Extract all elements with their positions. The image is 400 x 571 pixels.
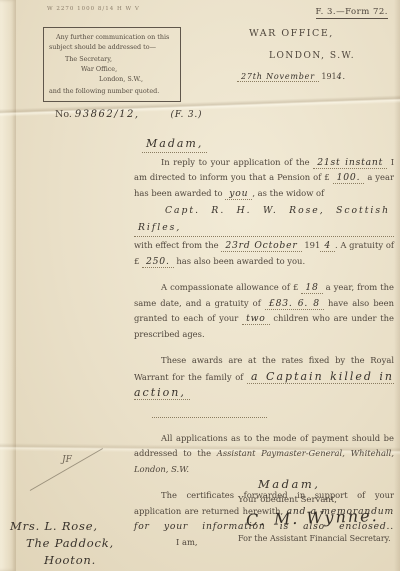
notice-box: Any further communication on this subjec… <box>43 27 181 102</box>
handwritten-fill: two <box>242 313 270 325</box>
closing-block: Madam, Your obedient Servant, C. M. Wynn… <box>238 477 394 543</box>
page-left-edge <box>0 0 16 571</box>
form-reference: F. 3.—Form 72. <box>316 7 388 19</box>
printer-code: W 2270 1000 8/14 H W V <box>47 6 140 12</box>
closing-salutation: Madam, <box>258 477 394 491</box>
paragraph-payment-instructions: All applications as to the mode of payme… <box>134 431 394 478</box>
handwritten-fill: 4 <box>320 240 335 252</box>
handwritten-fill-officer-name: Capt. R. H. W. Rose, Scottish Rifles, <box>134 202 394 237</box>
handwritten-fill: 250. <box>142 256 174 268</box>
date-handwritten: 27th November <box>237 72 319 82</box>
valediction: Your obedient Servant, <box>238 495 394 505</box>
notice-line: Any further communication on this subjec… <box>49 33 175 53</box>
date-year-handwritten: 4. <box>337 72 346 81</box>
notice-line: The Secretary, <box>65 55 175 65</box>
signature-for-line: For the Assistant Financial Secretary. <box>238 534 394 543</box>
form-text: has also been awarded to you. <box>176 256 305 266</box>
form-text: A compassionate allowance of £ <box>161 282 298 292</box>
recipient-street: The Paddock, <box>26 535 114 552</box>
recipient-address: Mrs. L. Rose, The Paddock, Hooton. <box>10 518 114 569</box>
salutation: Madam, <box>142 136 207 153</box>
letterhead-city: LONDON, S.W. <box>269 51 393 61</box>
paragraph-royal-warrant: These awards are at the rates fixed by t… <box>134 353 394 402</box>
handwritten-fill: 21st instant <box>313 157 387 169</box>
letterhead-office: WAR OFFICE, <box>249 28 393 39</box>
date-year-printed: 191 <box>321 72 336 81</box>
page-right-edge <box>394 0 400 571</box>
blank-fill-line <box>152 406 267 418</box>
form-text: with effect from the <box>134 240 219 250</box>
reference-aside: (F. 3.) <box>171 110 203 120</box>
signature: C. M. Wynne. <box>246 505 395 529</box>
letter-date: 27th November 1914. <box>237 72 393 81</box>
recipient-name: Mrs. L. Rose, <box>10 518 114 535</box>
reference-label: No. <box>55 109 72 120</box>
reference-number-line: No. 93862/12, (F. 3.) <box>55 109 202 120</box>
notice-line: War Office, <box>81 65 175 75</box>
pencil-initials: JF <box>62 455 72 465</box>
paragraph-compassionate-allowance: A compassionate allowance of £ 18 a year… <box>134 280 394 342</box>
handwritten-fill: 100. <box>333 172 365 184</box>
notice-line: and the following number quoted. <box>49 87 175 97</box>
reference-number: 93862/12, <box>75 109 140 120</box>
form-text: I am, <box>176 535 198 551</box>
handwritten-fill: 23rd October <box>221 240 301 252</box>
scanned-letter: JF W 2270 1000 8/14 H W V F. 3.—Form 72.… <box>0 0 400 571</box>
handwritten-fill: £83. 6. 8 <box>265 298 324 310</box>
handwritten-fill: 18 <box>301 282 322 294</box>
form-text: In reply to your application of the <box>161 157 310 167</box>
letterhead: WAR OFFICE, LONDON, S.W. 27th November 1… <box>235 28 393 81</box>
handwritten-fill: you <box>225 188 252 200</box>
recipient-town: Hooton. <box>44 552 114 569</box>
notice-line: London, S.W., <box>99 75 175 85</box>
form-text: 191 <box>304 240 320 250</box>
form-text: , as the widow of <box>252 188 324 198</box>
paragraph-pension-award: In reply to your application of the 21st… <box>134 155 394 270</box>
